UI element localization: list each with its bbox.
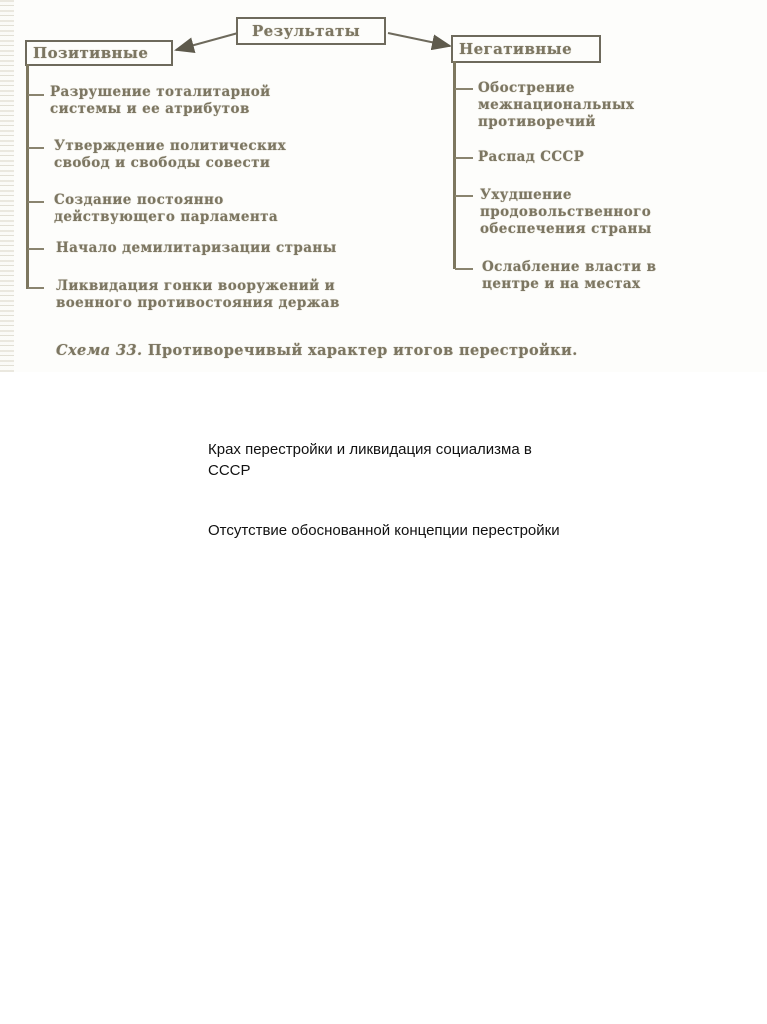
caption-label: Схема 33. <box>56 342 142 359</box>
negative-label: Негативные <box>459 40 572 58</box>
negative-bracket <box>453 61 456 269</box>
positive-item: Разрушение тоталитарной системы и ее атр… <box>50 84 271 118</box>
branch <box>455 195 473 197</box>
branch <box>28 94 44 96</box>
branch <box>455 88 473 90</box>
slide-text-conclusion: Крах перестройки и ликвидация социализма… <box>208 439 588 481</box>
positive-item: Утверждение политических свобод и свобод… <box>54 138 286 172</box>
positive-label: Позитивные <box>33 44 148 62</box>
branch <box>455 268 473 270</box>
positive-item: Ликвидация гонки вооружений и военного п… <box>56 278 340 312</box>
branch <box>28 147 44 149</box>
slide-text-cause: Отсутствие обоснованной концепции перест… <box>208 520 628 541</box>
branch <box>28 248 44 250</box>
scanned-diagram: Результаты Позитивные Разрушение тоталит… <box>0 0 767 372</box>
negative-item: Распад СССР <box>478 149 584 166</box>
negative-item: Ослабление власти в центре и на местах <box>482 259 656 293</box>
caption-text: Противоречивый характер итогов перестрой… <box>148 342 578 359</box>
branch <box>28 201 44 203</box>
positive-item: Создание постоянно действующего парламен… <box>54 192 278 226</box>
branch <box>455 157 473 159</box>
results-label: Результаты <box>252 22 360 40</box>
branch <box>28 287 44 289</box>
negative-box: Негативные <box>451 35 601 63</box>
positive-box: Позитивные <box>25 40 173 66</box>
positive-bracket <box>26 64 29 289</box>
positive-item: Начало демилитаризации страны <box>56 240 337 257</box>
results-box: Результаты <box>236 17 386 45</box>
negative-item: Ухудшение продовольственного обеспечения… <box>480 187 652 238</box>
negative-item: Обострение межнациональных противоречий <box>478 80 634 131</box>
diagram-caption: Схема 33. Противоречивый характер итогов… <box>56 342 578 359</box>
